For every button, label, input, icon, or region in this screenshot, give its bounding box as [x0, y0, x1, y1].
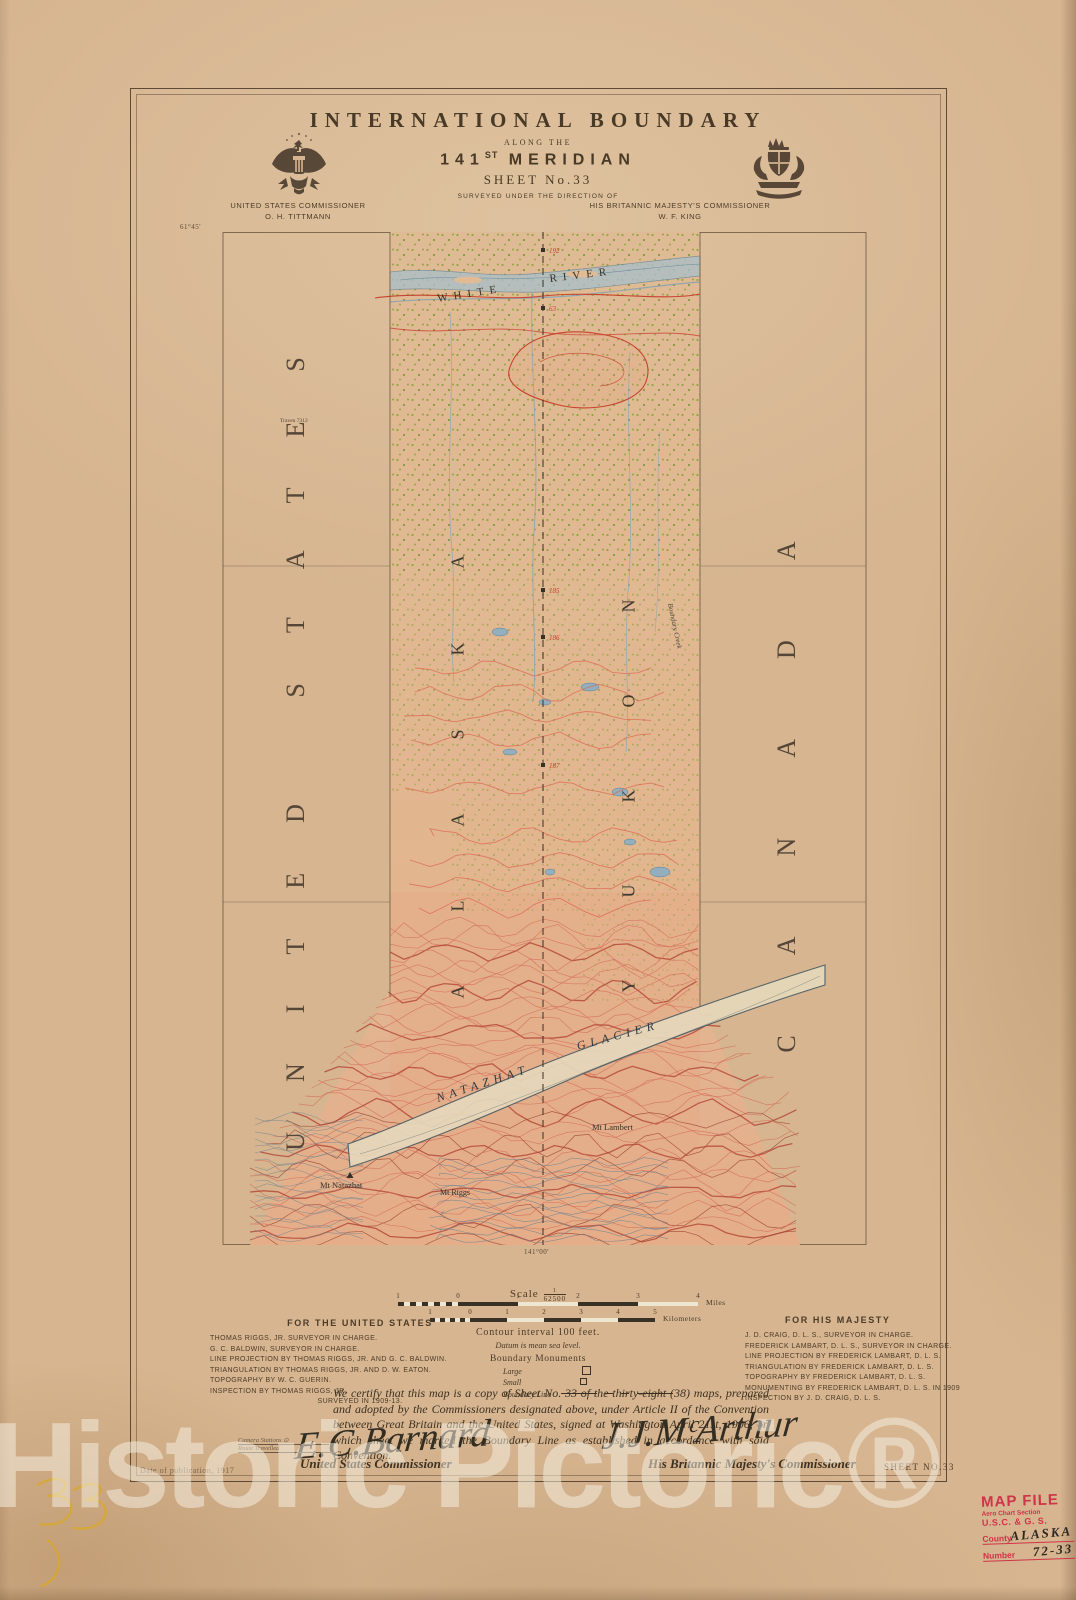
- credit-line: TOPOGRAPHY BY FREDERICK LAMBART, D. L. S…: [745, 1373, 1045, 1384]
- credit-line: G. C. BALDWIN, SURVEYOR IN CHARGE.: [210, 1345, 510, 1356]
- km-tick: 1: [505, 1308, 509, 1316]
- us-commissioner-block: UNITED STATES COMMISSIONER O. H. TITTMAN…: [178, 201, 418, 222]
- scale-statement: Scale162500: [0, 1288, 1076, 1303]
- united-states-label: UNITED STATES: [281, 307, 311, 1151]
- miles-tick: 4: [696, 1292, 700, 1300]
- watermark: Historic Pictoric®: [0, 1390, 1076, 1537]
- stamp-number-row: Number 72-33: [983, 1548, 1075, 1562]
- miles-tick: 1: [396, 1292, 400, 1300]
- km-tick: 1: [428, 1308, 432, 1316]
- miles-tick: 3: [636, 1292, 640, 1300]
- legend-large-row: Large: [503, 1366, 623, 1376]
- km-tick: 4: [616, 1308, 620, 1316]
- registered-mark-icon: ®: [847, 1392, 941, 1535]
- credit-line: FREDERICK LAMBART, D. L. S., SURVEYOR IN…: [745, 1342, 1045, 1353]
- meridian-word: MERIDIAN: [498, 151, 636, 168]
- monument-number: 192: [549, 247, 560, 255]
- sheet-number-title: SHEET No.33: [0, 172, 1076, 188]
- credit-line: TOPOGRAPHY BY W. C. GUERIN.: [210, 1376, 510, 1387]
- credit-line: TRIANGULATION BY FREDERICK LAMBART, D. L…: [745, 1363, 1045, 1374]
- km-tick: 2: [542, 1308, 546, 1316]
- km-tick: 0: [468, 1308, 472, 1316]
- miles-tick: 0: [456, 1292, 460, 1300]
- alaska-label: ALASKA: [448, 481, 469, 998]
- credit-line: TRIANGULATION BY THOMAS RIGGS, JR. AND D…: [210, 1366, 510, 1377]
- stamp-number-handwritten: 72-33: [1032, 1541, 1074, 1560]
- monument-number: 185: [549, 587, 560, 595]
- mt-lambert-label: Mt Lambert: [592, 1122, 633, 1132]
- small-monument-icon: [580, 1378, 587, 1385]
- us-commissioner-name: O. H. TITTMANN: [178, 212, 418, 223]
- uk-commissioner-title: HIS BRITANNIC MAJESTY'S COMMISSIONER: [560, 201, 800, 212]
- us-great-seal-icon: [266, 126, 332, 202]
- scanned-map-page: INTERNATIONAL BOUNDARY ALONG THE 141ST M…: [0, 0, 1076, 1600]
- km-unit-label: Kilometers: [663, 1314, 701, 1323]
- credit-line: LINE PROJECTION BY FREDERICK LAMBART, D.…: [745, 1352, 1045, 1363]
- large-monument-icon: [582, 1366, 591, 1375]
- miles-tick: 1: [516, 1292, 520, 1300]
- uk-commissioner-block: HIS BRITANNIC MAJESTY'S COMMISSIONER W. …: [560, 201, 800, 222]
- coordinate-top-left: 61°45': [180, 223, 201, 231]
- monument-number: 186: [549, 634, 560, 642]
- coordinate-bottom-center: 141°00': [524, 1248, 549, 1256]
- map-title: INTERNATIONAL BOUNDARY: [0, 108, 1076, 133]
- uk-commissioner-name: W. F. KING: [560, 212, 800, 223]
- miles-scale-bar: 1 0 1 2 3 4 Miles: [398, 1302, 698, 1306]
- credit-line: THOMAS RIGGS, JR. SURVEYOR IN CHARGE.: [210, 1334, 510, 1345]
- archive-stamp: MAP FILE Aero Chart Section U.S.C. & G. …: [981, 1490, 1076, 1562]
- miles-tick: 2: [576, 1292, 580, 1300]
- km-tick: 3: [579, 1308, 583, 1316]
- scale-word: Scale: [510, 1288, 539, 1300]
- meridian-ordinal: ST: [485, 150, 499, 160]
- credit-line: LINE PROJECTION BY THOMAS RIGGS, JR. AND…: [210, 1355, 510, 1366]
- canada-label: CANADA: [772, 461, 802, 1052]
- meridian-number: 141: [440, 151, 485, 168]
- monument-number: 187: [549, 762, 560, 770]
- us-commissioner-title: UNITED STATES COMMISSIONER: [178, 201, 418, 212]
- map-subtitle-meridian: 141ST MERIDIAN: [0, 150, 1076, 169]
- uk-credits-title: FOR HIS MAJESTY: [745, 1315, 1045, 1325]
- credit-line: J. D. CRAIG, D. L. S., SURVEYOR IN CHARG…: [745, 1331, 1045, 1342]
- watermark-text: Historic Pictoric: [0, 1397, 841, 1533]
- miles-unit-label: Miles: [706, 1298, 726, 1307]
- stamp-county-label: County: [982, 1533, 1012, 1544]
- us-credits-title: FOR THE UNITED STATES: [210, 1318, 510, 1328]
- km-tick: 5: [653, 1308, 657, 1316]
- surveyed-under: SURVEYED UNDER THE DIRECTION OF: [0, 193, 1076, 200]
- stamp-number-label: Number: [983, 1550, 1015, 1561]
- scale-fraction: 162500: [544, 1288, 567, 1303]
- mt-natazhat-label: Mt Natazhat: [320, 1180, 363, 1190]
- royal-arms-icon: [748, 130, 810, 202]
- monument-number: 63: [549, 305, 557, 313]
- mt-riggs-label: Mt Riggs: [440, 1188, 470, 1197]
- map-subtitle-along: ALONG THE: [0, 138, 1076, 147]
- yukon-label: YUKON: [619, 518, 640, 993]
